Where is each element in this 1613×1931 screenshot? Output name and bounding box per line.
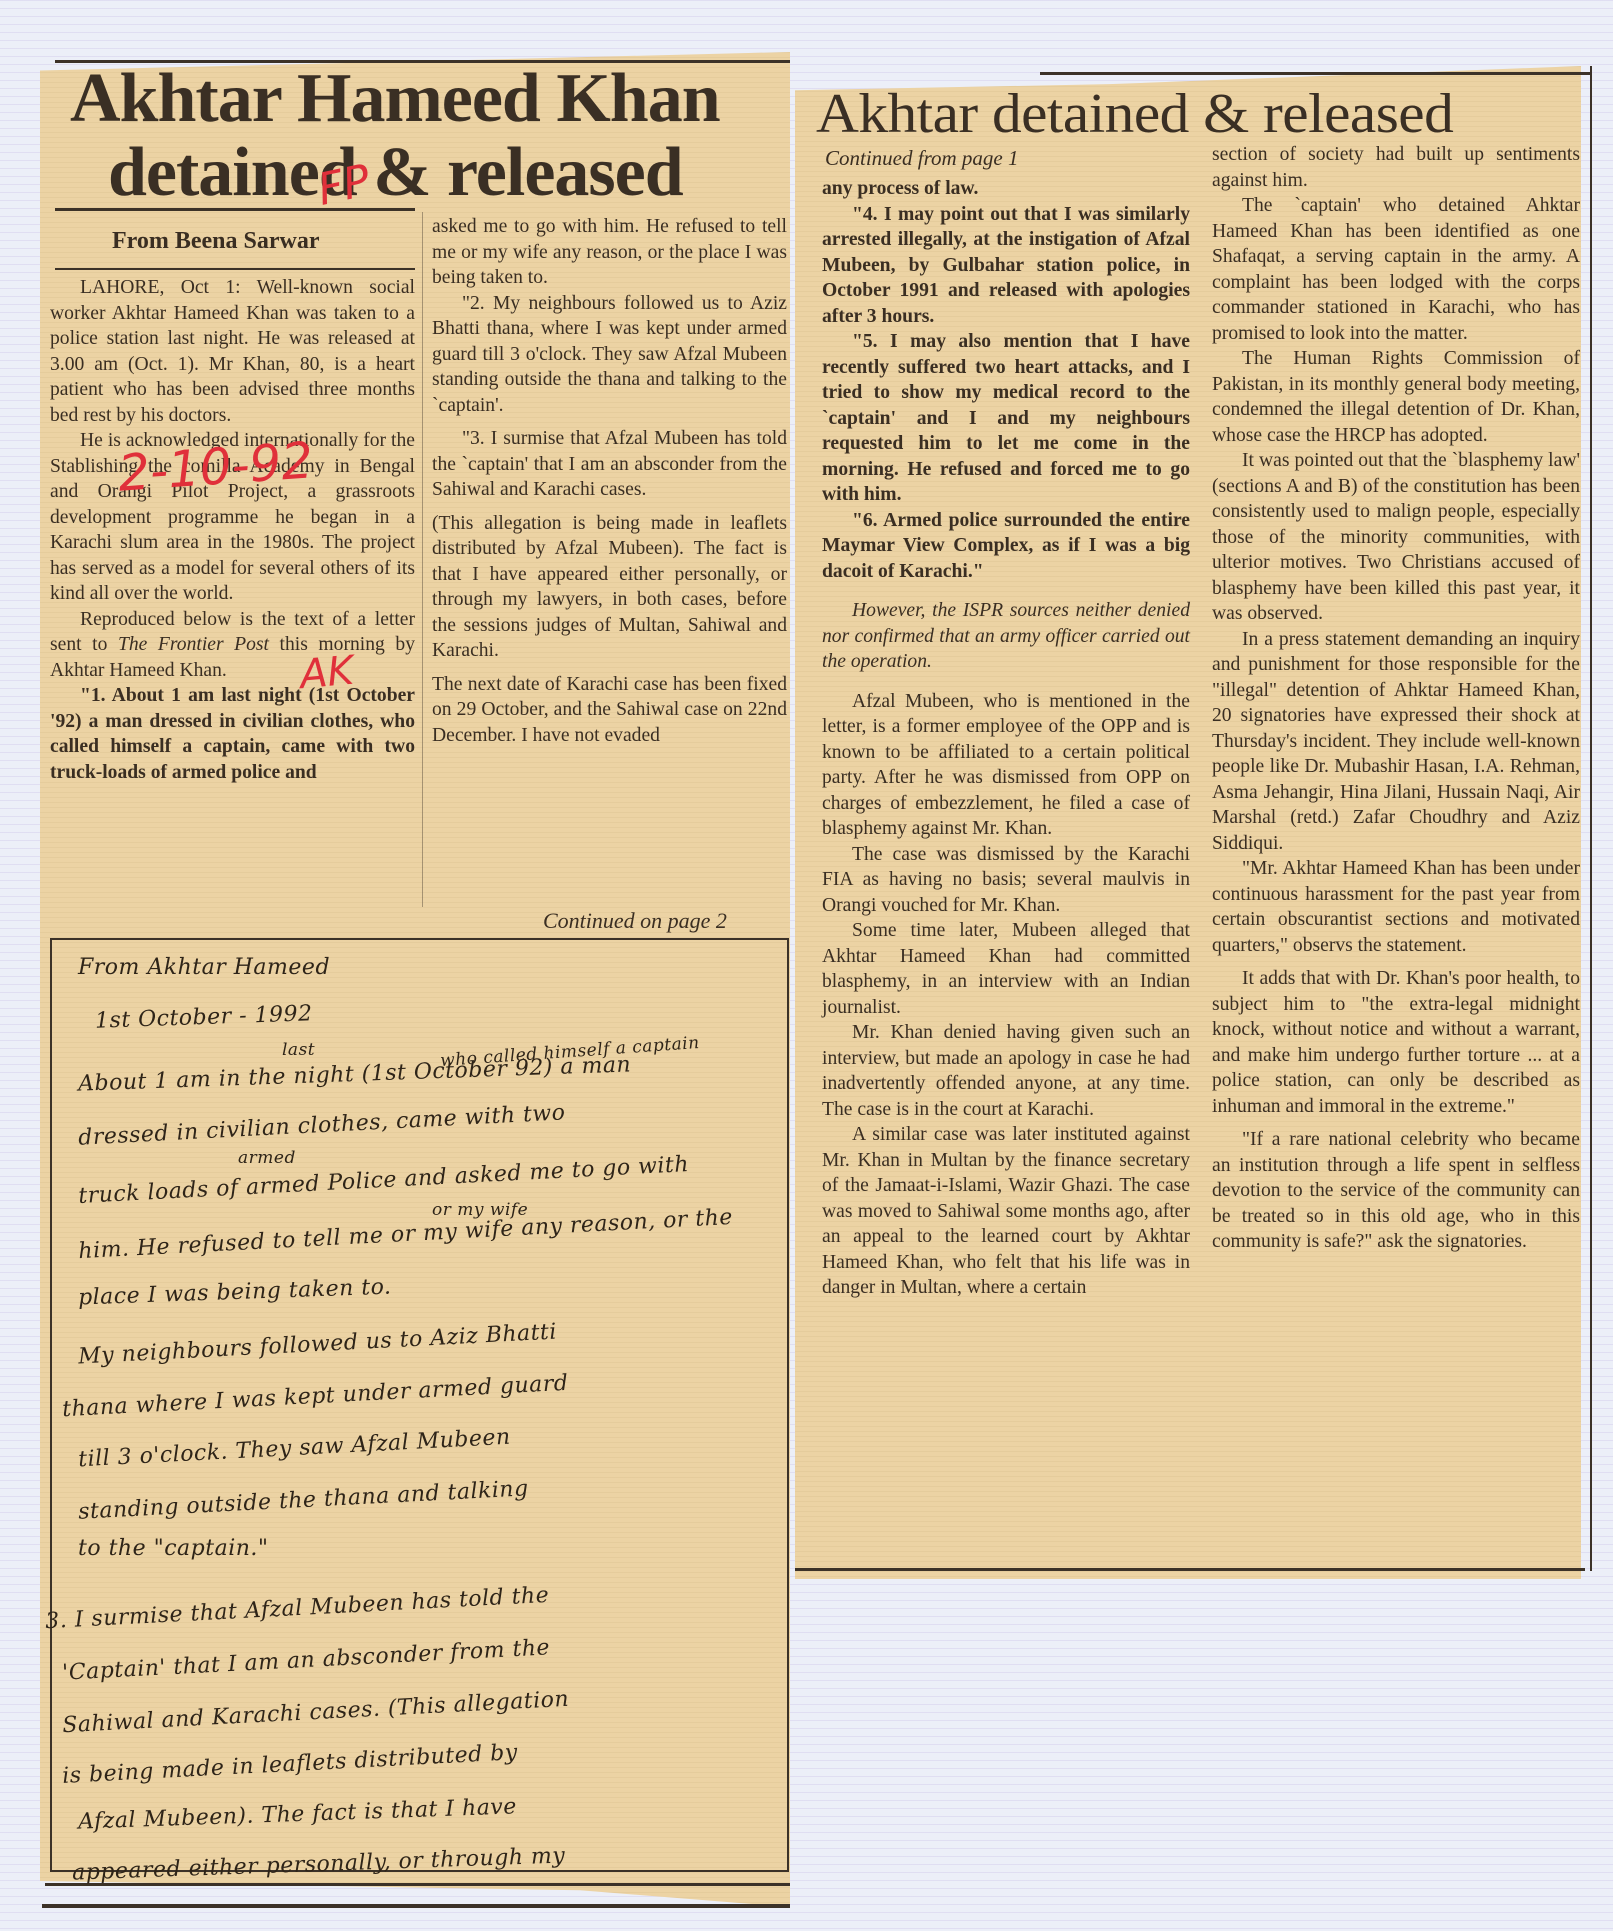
paragraph: (This allegation is being made in leafle…: [432, 511, 787, 664]
letter-point-6: "6. Armed police surrounded the entire M…: [822, 508, 1190, 585]
right-headline: Akhtar detained & released: [816, 86, 1453, 142]
paragraph: Reproduced below is the text of a letter…: [50, 607, 415, 684]
byline-underline: [55, 268, 415, 270]
byline-rule: [55, 208, 415, 211]
red-initials-ak: AK: [298, 648, 355, 698]
left-column-2: asked me to go with him. He refused to t…: [432, 214, 787, 748]
paragraph: A similar case was later instituted agai…: [822, 1122, 1190, 1301]
column-divider: [422, 212, 423, 907]
right-edge-rule: [1590, 66, 1592, 1571]
right-bottom-rule: [795, 1568, 1585, 1571]
publication-name: The Frontier Post: [118, 634, 269, 655]
left-headline-line2: detained & released: [108, 138, 683, 208]
bottom-rule-2: [42, 1904, 790, 1908]
left-headline-line1: Akhtar Hameed Khan: [70, 64, 720, 134]
letter-point-4: "4. I may point out that I was similarly…: [822, 202, 1190, 330]
letter-point-3: "3. I surmise that Afzal Mubeen has told…: [432, 426, 787, 503]
paragraph: Some time later, Mubeen alleged that Akh…: [822, 918, 1190, 1020]
paragraph: It adds that with Dr. Khan's poor health…: [1212, 966, 1580, 1119]
handwritten-insertion: last: [282, 1040, 315, 1060]
handwritten-line: From Akhtar Hameed: [78, 955, 330, 980]
handwritten-insertion: or my wife: [432, 1200, 528, 1220]
continued-from-page-1: Continued from page 1: [825, 146, 1018, 171]
paragraph: section of society had built up sentimen…: [1212, 142, 1580, 193]
paragraph: asked me to go with him. He refused to t…: [432, 214, 787, 291]
letter-point-2: "2. My neighbours followed us to Aziz Bh…: [432, 291, 787, 419]
handwritten-line: to the "captain.": [78, 1536, 269, 1561]
letter-point-1: "1. About 1 am last night (1st October '…: [50, 683, 415, 785]
paragraph: The Human Rights Commission of Pakistan,…: [1212, 346, 1580, 448]
paragraph: The case was dismissed by the Karachi FI…: [822, 842, 1190, 919]
letter-point-5: "5. I may also mention that I have recen…: [822, 329, 1190, 508]
left-column-1: LAHORE, Oct 1: Well-known social worker …: [50, 275, 415, 785]
right-column-1: any process of law. "4. I may point out …: [822, 176, 1190, 1301]
paragraph: any process of law.: [822, 176, 1190, 202]
paragraph: LAHORE, Oct 1: Well-known social worker …: [50, 275, 415, 428]
paragraph: The `captain' who detained Ahktar Hameed…: [1212, 193, 1580, 346]
bottom-rule-1: [45, 1883, 790, 1886]
paragraph: Mr. Khan denied having given such an int…: [822, 1020, 1190, 1122]
paragraph: "Mr. Akhtar Hameed Khan has been under c…: [1212, 856, 1580, 958]
right-column-2: section of society had built up sentimen…: [1212, 142, 1580, 1255]
paragraph: In a press statement demanding an inquir…: [1212, 627, 1580, 857]
byline: From Beena Sarwar: [112, 228, 320, 255]
continued-on-page-2: Continued on page 2: [543, 908, 727, 934]
paragraph: "If a rare national celebrity who became…: [1212, 1127, 1580, 1255]
paragraph: It was pointed out that the `blasphemy l…: [1212, 448, 1580, 627]
handwritten-insertion: armed: [238, 1148, 296, 1168]
paragraph: The next date of Karachi case has been f…: [432, 672, 787, 749]
paragraph: Afzal Mubeen, who is mentioned in the le…: [822, 689, 1190, 842]
red-initials-fp: FP: [313, 155, 374, 216]
right-top-rule: [1040, 72, 1590, 75]
ispr-note: However, the ISPR sources neither denied…: [822, 598, 1190, 675]
